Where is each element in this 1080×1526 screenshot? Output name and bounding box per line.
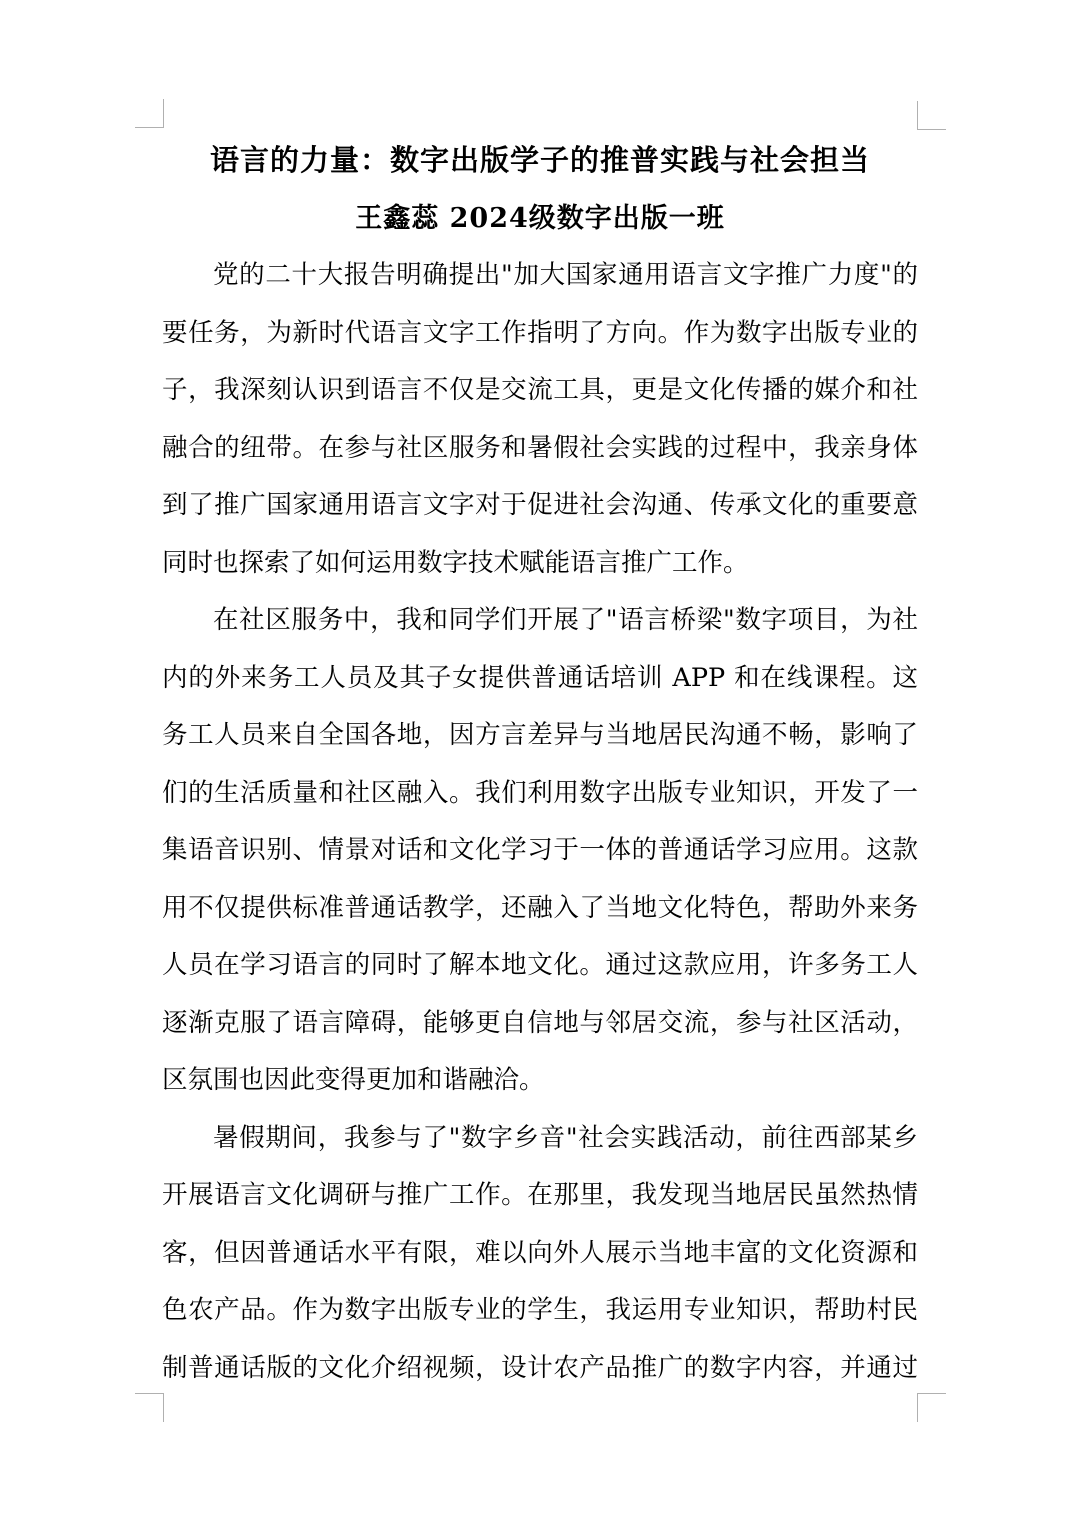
body-line: 暑假期间，我参与了"数字乡音"社会实践活动，前往西部某乡村: [162, 1110, 918, 1168]
body-line: 制普通话版的文化介绍视频，设计农产品推广的数字内容，并通过短: [162, 1340, 918, 1398]
body-line: 务工人员来自全国各地，因方言差异与当地居民沟通不畅，影响了他: [162, 707, 918, 765]
body-line: 党的二十大报告明确提出"加大国家通用语言文字推广力度"的重: [162, 247, 918, 305]
body-line: 逐渐克服了语言障碍，能够更自信地与邻居交流，参与社区活动，社: [162, 995, 918, 1053]
body-line: 们的生活质量和社区融入。我们利用数字出版专业知识，开发了一款: [162, 765, 918, 823]
crop-mark-top-right: [917, 101, 946, 130]
crop-mark-top-left: [135, 99, 164, 128]
body-line: 人员在学习语言的同时了解本地文化。通过这款应用，许多务工人员: [162, 937, 918, 995]
body-line: 内的外来务工人员及其子女提供普通话培训 APP 和在线课程。这些: [162, 650, 918, 708]
crop-mark-bottom-right: [917, 1393, 946, 1422]
body-line: 区氛围也因此变得更加和谐融洽。: [162, 1052, 918, 1110]
body-line: 同时也探索了如何运用数字技术赋能语言推广工作。: [162, 535, 918, 593]
crop-mark-bottom-left: [135, 1393, 164, 1422]
author-byline: 王鑫蕊 2024级数字出版一班: [162, 190, 918, 248]
body-line: 在社区服务中，我和同学们开展了"语言桥梁"数字项目，为社区: [162, 592, 918, 650]
body-line: 色农产品。作为数字出版专业的学生，我运用专业知识，帮助村民录: [162, 1282, 918, 1340]
text-body: 语言的力量：数字出版学子的推普实践与社会担当 王鑫蕊 2024级数字出版一班 党…: [162, 132, 918, 1397]
document-page: 语言的力量：数字出版学子的推普实践与社会担当 王鑫蕊 2024级数字出版一班 党…: [0, 0, 1080, 1526]
body-line: 开展语言文化调研与推广工作。在那里，我发现当地居民虽然热情好: [162, 1167, 918, 1225]
body-line: 子，我深刻认识到语言不仅是交流工具，更是文化传播的媒介和社会: [162, 362, 918, 420]
body-line: 用不仅提供标准普通话教学，还融入了当地文化特色，帮助外来务工: [162, 880, 918, 938]
document-title: 语言的力量：数字出版学子的推普实践与社会担当: [162, 132, 918, 190]
body-line: 集语音识别、情景对话和文化学习于一体的普通话学习应用。这款应: [162, 822, 918, 880]
body-line: 要任务，为新时代语言文字工作指明了方向。作为数字出版专业的学: [162, 305, 918, 363]
body-line: 到了推广国家通用语言文字对于促进社会沟通、传承文化的重要意义，: [162, 477, 918, 535]
body-line: 融合的纽带。在参与社区服务和暑假社会实践的过程中，我亲身体会: [162, 420, 918, 478]
body-line: 客，但因普通话水平有限，难以向外人展示当地丰富的文化资源和特: [162, 1225, 918, 1283]
